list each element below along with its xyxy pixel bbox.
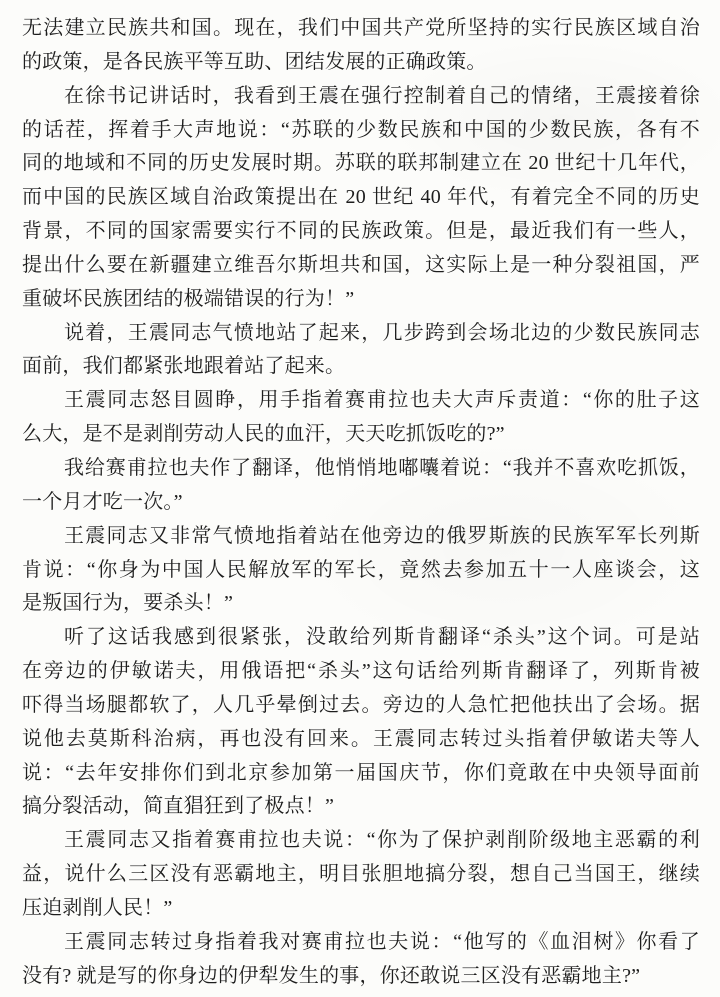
text-line: 同的地域和不同的历史发展时期。苏联的联邦制建立在 20 世纪十几年代， xyxy=(22,147,700,181)
text-line: 的政策，是各民族平等互助、团结发展的正确政策。 xyxy=(22,46,700,80)
text-line: 说：“去年安排你们到北京参加第一届国庆节，你们竟敢在中央领导面前 xyxy=(22,757,700,791)
text-line: 听了这话我感到很紧张，没敢给列斯肯翻译“杀头”这个词。可是站 xyxy=(22,621,700,655)
text-line: 益，说什么三区没有恶霸地主，明目张胆地搞分裂，想自己当国王，继续 xyxy=(22,858,700,892)
text-line: 提出什么要在新疆建立维吾尔斯坦共和国，这实际上是一种分裂祖国，严 xyxy=(22,249,700,283)
text-line: 我给赛甫拉也夫作了翻译，他悄悄地嘟囔着说：“我并不喜欢吃抓饭， xyxy=(22,452,700,486)
text-line: 是叛国行为，要杀头！” xyxy=(22,587,700,621)
text-line: 吓得当场腿都软了，人几乎晕倒过去。旁边的人急忙把他扶出了会场。据 xyxy=(22,689,700,723)
text-line: 么大，是不是剥削劳动人民的血汗，天天吃抓饭吃的?” xyxy=(22,418,700,452)
text-line: 而中国的民族区域自治政策提出在 20 世纪 40 年代，有着完全不同的历史 xyxy=(22,181,700,215)
page-text: 无法建立民族共和国。现在，我们中国共产党所坚持的实行民族区域自治的政策，是各民族… xyxy=(22,12,700,993)
text-line: 王震同志怒目圆睁，用手指着赛甫拉也夫大声斥责道：“你的肚子这 xyxy=(22,384,700,418)
text-line: 搞分裂活动，简直猖狂到了极点！” xyxy=(22,790,700,824)
text-line: 说他去莫斯科治病，再也没有回来。王震同志转过头指着伊敏诺夫等人 xyxy=(22,723,700,757)
text-line: 在徐书记讲话时，我看到王震在强行控制着自己的情绪，王震接着徐 xyxy=(22,80,700,114)
text-line: 王震同志又非常气愤地指着站在他旁边的俄罗斯族的民族军军长列斯 xyxy=(22,520,700,554)
text-line: 背景，不同的国家需要实行不同的民族政策。但是，最近我们有一些人， xyxy=(22,215,700,249)
text-line: 无法建立民族共和国。现在，我们中国共产党所坚持的实行民族区域自治 xyxy=(22,12,700,46)
text-line: 一个月才吃一次。” xyxy=(22,486,700,520)
text-line: 的话茬，挥着手大声地说：“苏联的少数民族和中国的少数民族，各有不 xyxy=(22,114,700,148)
text-line: 王震同志又指着赛甫拉也夫说：“你为了保护剥削阶级地主恶霸的利 xyxy=(22,824,700,858)
text-line: 王震同志转过身指着我对赛甫拉也夫说：“他写的《血泪树》你看了 xyxy=(22,926,700,960)
text-line: 说着，王震同志气愤地站了起来，几步跨到会场北边的少数民族同志 xyxy=(22,317,700,351)
book-page: 无法建立民族共和国。现在，我们中国共产党所坚持的实行民族区域自治的政策，是各民族… xyxy=(0,0,720,997)
text-line: 压迫剥削人民！” xyxy=(22,892,700,926)
text-line: 肯说：“你身为中国人民解放军的军长，竟然去参加五十一人座谈会，这 xyxy=(22,554,700,588)
text-line: 在旁边的伊敏诺夫，用俄语把“杀头”这句话给列斯肯翻译了，列斯肯被 xyxy=(22,655,700,689)
text-line: 重破坏民族团结的极端错误的行为！” xyxy=(22,283,700,317)
text-line: 没有? 就是写的你身边的伊犁发生的事，你还敢说三区没有恶霸地主?” xyxy=(22,960,700,994)
text-line: 面前，我们都紧张地跟着站了起来。 xyxy=(22,350,700,384)
